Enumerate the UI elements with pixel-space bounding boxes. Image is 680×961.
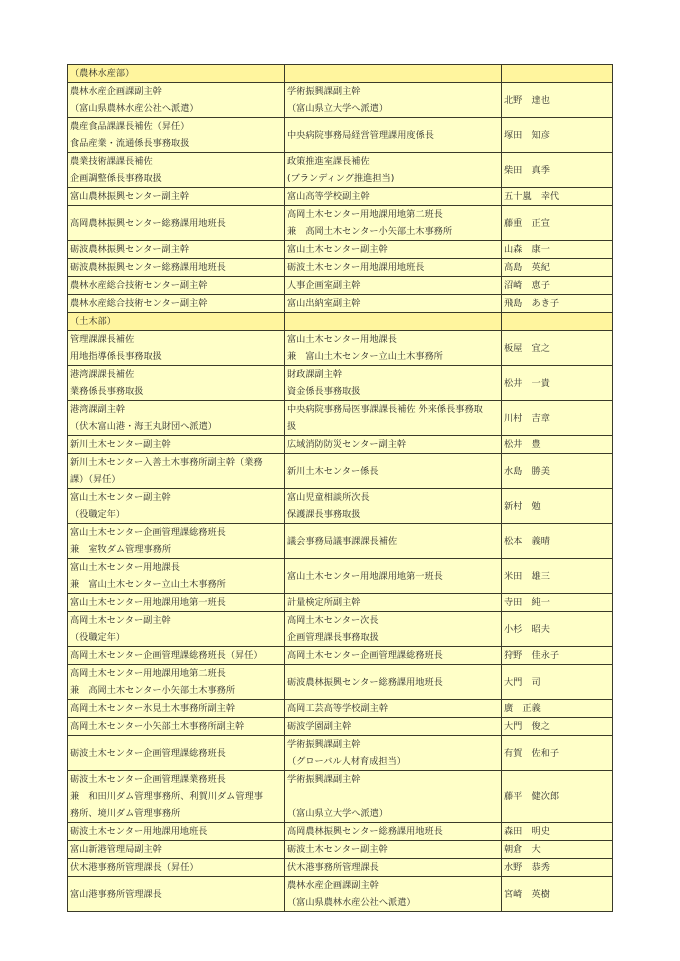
table-row: 高岡土木センター副主幹（役職定年）高岡土木センター次長企画管理課長事務取扱小杉 … [68,612,613,647]
new-position-cell-line: 高岡土木センター氷見土木事務所副主幹 [70,700,282,717]
new-position-cell-line: （伏木富山港・海王丸財団へ派遣） [70,418,282,435]
old-position-cell-line: 財政課副主幹 [287,366,499,383]
old-position-cell-line: 計量検定所副主幹 [287,594,499,611]
old-position-cell-line: （グローバル人材育成担当） [287,753,499,770]
table-row: 富山港事務所管理課長農林水産企画課副主幹（富山県農林水産公社へ派遣）宮崎 英樹 [68,877,613,912]
old-position-cell: 学術振興課副主幹 （富山県立大学へ派遣） [285,771,502,823]
table-row: 農林水産総合技術センター副主幹人事企画室副主幹沼崎 恵子 [68,277,613,295]
new-position-cell-line: 砺波農林振興センター総務課用地班長 [70,259,282,276]
table-row: 富山新港管理局副主幹砺波土木センター副主幹朝倉 大 [68,841,613,859]
old-position-cell-line: 伏木港事務所管理課長 [287,859,499,876]
new-position-cell: 高岡土木センター企画管理課総務班長（昇任） [68,647,285,665]
old-position-cell-line: 学術振興課副主幹 [287,771,499,788]
new-position-cell: 農林水産総合技術センター副主幹 [68,277,285,295]
person-name-cell: 水島 勝美 [502,454,613,489]
empty-cell [502,65,613,83]
new-position-cell-line: 農産食品課課長補佐（昇任） [70,118,282,135]
new-position-cell-line: 高岡土木センター企画管理課総務班長（昇任） [70,647,282,664]
old-position-cell: 高岡工芸高等学校副主幹 [285,700,502,718]
new-position-cell: 農林水産総合技術センター副主幹 [68,295,285,313]
person-name-cell: 松井 豊 [502,436,613,454]
old-position-cell-line: 政策推進室課長補佐 [287,153,499,170]
old-position-cell-line: 富山高等学校副主幹 [287,188,499,205]
new-position-cell-line: 兼 高岡土木センター小矢部土木事務所 [70,682,282,699]
new-position-cell-line: 高岡農林振興センター総務課用地班長 [70,215,282,232]
old-position-cell-line: 砺波学園副主幹 [287,718,499,735]
section-label: （土木部） [68,313,285,331]
old-position-cell-line: （富山県立大学へ派遣） [287,805,499,822]
old-position-cell-line: (ブランディング推進担当) [287,170,499,187]
old-position-cell: 学術振興課副主幹（グローバル人材育成担当） [285,736,502,771]
old-position-cell: 砺波学園副主幹 [285,718,502,736]
table-row: 砺波土木センター企画管理課業務班長兼 和田川ダム管理事務所、利賀川ダム管理事務所… [68,771,613,823]
old-position-cell: 中央病院事務局医事課課長補佐 外来係長事務取扱 [285,401,502,436]
old-position-cell-line: 富山土木センター用地課用地第一班長 [287,568,499,585]
old-position-cell: 砺波農林振興センター総務課用地班長 [285,665,502,700]
new-position-cell: 砺波農林振興センター副主幹 [68,241,285,259]
new-position-cell: 砺波土木センター用地課用地班長 [68,823,285,841]
person-name-cell: 新村 勉 [502,489,613,524]
old-position-cell-line: 高岡土木センター企画管理課総務班長 [287,647,499,664]
new-position-cell: 富山港事務所管理課長 [68,877,285,912]
section-label: （農林水産部） [68,65,285,83]
old-position-cell-line: 砺波土木センター副主幹 [287,841,499,858]
new-position-cell-line: 兼 富山土木センター立山土木事務所 [70,576,282,593]
old-position-cell-line: 砺波土木センター用地課用地班長 [287,259,499,276]
old-position-cell: 伏木港事務所管理課長 [285,859,502,877]
person-name-cell: 柴田 真季 [502,153,613,188]
person-name-cell: 朝倉 大 [502,841,613,859]
new-position-cell-line: 港湾課課長補佐 [70,366,282,383]
old-position-cell-line: （富山県農林水産公社へ派遣） [287,894,499,911]
table-row: 高岡農林振興センター総務課用地班長高岡土木センター用地課用地第二班長兼 高岡土木… [68,206,613,241]
new-position-cell-line: 務所、境川ダム管理事務所 [70,805,282,822]
personnel-table: （農林水産部）農林水産企画課副主幹（富山県農林水産公社へ派遣）学術振興課副主幹（… [67,64,613,912]
table-row: 砺波土木センター用地課用地班長高岡農林振興センター総務課用地班長森田 明史 [68,823,613,841]
old-position-cell-line: 高岡土木センター次長 [287,612,499,629]
new-position-cell-line: （役職定年） [70,506,282,523]
new-position-cell-line: 兼 室牧ダム管理事務所 [70,541,282,558]
new-position-cell-line: 新川土木センター入善土木事務所副主幹（業務 [70,454,282,471]
old-position-cell: 富山児童相談所次長保護課長事務取扱 [285,489,502,524]
old-position-cell-line: 資金係長事務取扱 [287,383,499,400]
old-position-cell: 計量検定所副主幹 [285,594,502,612]
new-position-cell-line: 農林水産企画課副主幹 [70,83,282,100]
new-position-cell: 農林水産企画課副主幹（富山県農林水産公社へ派遣） [68,83,285,118]
old-position-cell-line: 兼 高岡土木センター小矢部土木事務所 [287,223,499,240]
old-position-cell-line: 学術振興課副主幹 [287,736,499,753]
person-name-cell: 藤平 健次郎 [502,771,613,823]
old-position-cell-line: 富山出納室副主幹 [287,295,499,312]
person-name-cell: 藤重 正宣 [502,206,613,241]
table-row: 富山土木センター副主幹（役職定年）富山児童相談所次長保護課長事務取扱新村 勉 [68,489,613,524]
old-position-cell-line: 新川土木センター係長 [287,463,499,480]
new-position-cell-line: （役職定年） [70,629,282,646]
new-position-cell-line: 業務係長事務取扱 [70,383,282,400]
old-position-cell: 中央病院事務局経営管理課用度係長 [285,118,502,153]
new-position-cell-line: 課）（昇任） [70,471,282,488]
old-position-cell: 砺波土木センター副主幹 [285,841,502,859]
old-position-cell-line: 富山土木センター副主幹 [287,241,499,258]
old-position-cell: 高岡土木センター企画管理課総務班長 [285,647,502,665]
old-position-cell: 人事企画室副主幹 [285,277,502,295]
person-name-cell: 有賀 佐和子 [502,736,613,771]
new-position-cell: 伏木港事務所管理課長（昇任） [68,859,285,877]
new-position-cell: 新川土木センター入善土木事務所副主幹（業務課）（昇任） [68,454,285,489]
person-name-cell: 小杉 昭夫 [502,612,613,647]
empty-cell [502,313,613,331]
new-position-cell: 高岡農林振興センター総務課用地班長 [68,206,285,241]
table-row: 高岡土木センター企画管理課総務班長（昇任）高岡土木センター企画管理課総務班長狩野… [68,647,613,665]
new-position-cell: 高岡土木センター副主幹（役職定年） [68,612,285,647]
new-position-cell-line: 管理課課長補佐 [70,331,282,348]
new-position-cell: 富山農林振興センター副主幹 [68,188,285,206]
new-position-cell: 富山新港管理局副主幹 [68,841,285,859]
old-position-cell-line: 高岡土木センター用地課用地第二班長 [287,206,499,223]
table-row: 農林水産企画課副主幹（富山県農林水産公社へ派遣）学術振興課副主幹（富山県立大学へ… [68,83,613,118]
new-position-cell-line: 新川土木センター副主幹 [70,436,282,453]
new-position-cell: 高岡土木センター氷見土木事務所副主幹 [68,700,285,718]
table-row: 高岡土木センター用地課用地第二班長兼 高岡土木センター小矢部土木事務所砺波農林振… [68,665,613,700]
table-row: 伏木港事務所管理課長（昇任）伏木港事務所管理課長水野 恭秀 [68,859,613,877]
empty-cell [285,313,502,331]
new-position-cell-line: 用地指導係長事務取扱 [70,348,282,365]
table-row: 管理課課長補佐用地指導係長事務取扱富山土木センター用地課長兼 富山土木センター立… [68,331,613,366]
new-position-cell-line: 富山土木センター用地課長 [70,559,282,576]
new-position-cell: 農産食品課課長補佐（昇任）食品産業・流通係長事務取扱 [68,118,285,153]
table-row: 砺波農林振興センター副主幹富山土木センター副主幹山森 康一 [68,241,613,259]
section-header-row: （土木部） [68,313,613,331]
old-position-cell-line: 兼 富山土木センター立山土木事務所 [287,348,499,365]
old-position-cell: 砺波土木センター用地課用地班長 [285,259,502,277]
new-position-cell: 富山土木センター用地課長兼 富山土木センター立山土木事務所 [68,559,285,594]
old-position-cell-line: 学術振興課副主幹 [287,83,499,100]
table-row: 新川土木センター副主幹広域消防防災センター副主幹松井 豊 [68,436,613,454]
new-position-cell: 新川土木センター副主幹 [68,436,285,454]
new-position-cell-line: 高岡土木センター副主幹 [70,612,282,629]
old-position-cell-line: 富山児童相談所次長 [287,489,499,506]
person-name-cell: 塚田 知彦 [502,118,613,153]
new-position-cell: 管理課課長補佐用地指導係長事務取扱 [68,331,285,366]
person-name-cell: 寺田 純一 [502,594,613,612]
new-position-cell-line: 富山土木センター用地課用地第一班長 [70,594,282,611]
table-row: 砺波土木センター企画管理課総務班長学術振興課副主幹（グローバル人材育成担当）有賀… [68,736,613,771]
old-position-cell: 学術振興課副主幹（富山県立大学へ派遣） [285,83,502,118]
new-position-cell: 農業技術課課長補佐企画調整係長事務取扱 [68,153,285,188]
new-position-cell: 富山土木センター企画管理課総務班長兼 室牧ダム管理事務所 [68,524,285,559]
person-name-cell: 大門 俊之 [502,718,613,736]
old-position-cell: 政策推進室課長補佐(ブランディング推進担当) [285,153,502,188]
section-header-row: （農林水産部） [68,65,613,83]
old-position-cell-line: 広域消防防災センター副主幹 [287,436,499,453]
old-position-cell-line: 農林水産企画課副主幹 [287,877,499,894]
person-name-cell: 五十嵐 幸代 [502,188,613,206]
person-name-cell: 宮崎 英樹 [502,877,613,912]
person-name-cell: 狩野 佳永子 [502,647,613,665]
old-position-cell: 富山出納室副主幹 [285,295,502,313]
old-position-cell-line: 人事企画室副主幹 [287,277,499,294]
old-position-cell: 高岡土木センター用地課用地第二班長兼 高岡土木センター小矢部土木事務所 [285,206,502,241]
old-position-cell: 新川土木センター係長 [285,454,502,489]
new-position-cell-line: （富山県農林水産公社へ派遣） [70,100,282,117]
new-position-cell-line: 富山土木センター副主幹 [70,489,282,506]
old-position-cell: 財政課副主幹資金係長事務取扱 [285,366,502,401]
old-position-cell-line: 議会事務局議事課課長補佐 [287,533,499,550]
table-row: 農林水産総合技術センター副主幹富山出納室副主幹飛島 あき子 [68,295,613,313]
person-name-cell: 松本 義晴 [502,524,613,559]
new-position-cell: 港湾課課長補佐業務係長事務取扱 [68,366,285,401]
old-position-cell-line: 扱 [287,418,499,435]
new-position-cell: 砺波土木センター企画管理課総務班長 [68,736,285,771]
table-row: 高岡土木センター氷見土木事務所副主幹高岡工芸高等学校副主幹廣 正義 [68,700,613,718]
new-position-cell-line: 食品産業・流通係長事務取扱 [70,135,282,152]
new-position-cell: 富山土木センター用地課用地第一班長 [68,594,285,612]
new-position-cell: 高岡土木センター小矢部土木事務所副主幹 [68,718,285,736]
new-position-cell-line: 伏木港事務所管理課長（昇任） [70,859,282,876]
new-position-cell-line: 砺波農林振興センター副主幹 [70,241,282,258]
person-name-cell: 水野 恭秀 [502,859,613,877]
new-position-cell-line: 企画調整係長事務取扱 [70,170,282,187]
new-position-cell-line: 富山新港管理局副主幹 [70,841,282,858]
new-position-cell-line: 兼 和田川ダム管理事務所、利賀川ダム管理事 [70,788,282,805]
table-row: 富山土木センター用地課長兼 富山土木センター立山土木事務所富山土木センター用地課… [68,559,613,594]
new-position-cell-line: 砺波土木センター用地課用地班長 [70,823,282,840]
person-name-cell: 山森 康一 [502,241,613,259]
table-row: 新川土木センター入善土木事務所副主幹（業務課）（昇任）新川土木センター係長水島 … [68,454,613,489]
new-position-cell: 高岡土木センター用地課用地第二班長兼 高岡土木センター小矢部土木事務所 [68,665,285,700]
table-row: 農産食品課課長補佐（昇任）食品産業・流通係長事務取扱中央病院事務局経営管理課用度… [68,118,613,153]
person-name-cell: 板屋 宜之 [502,331,613,366]
table-row: 富山土木センター用地課用地第一班長計量検定所副主幹寺田 純一 [68,594,613,612]
person-name-cell: 大門 司 [502,665,613,700]
new-position-cell: 港湾課副主幹（伏木富山港・海王丸財団へ派遣） [68,401,285,436]
person-name-cell: 北野 達也 [502,83,613,118]
old-position-cell: 農林水産企画課副主幹（富山県農林水産公社へ派遣） [285,877,502,912]
person-name-cell: 米田 雄三 [502,559,613,594]
old-position-cell: 議会事務局議事課課長補佐 [285,524,502,559]
new-position-cell-line: 農林水産総合技術センター副主幹 [70,295,282,312]
new-position-cell-line: 高岡土木センター用地課用地第二班長 [70,665,282,682]
table-row: 富山農林振興センター副主幹富山高等学校副主幹五十嵐 幸代 [68,188,613,206]
table-row: 砺波農林振興センター総務課用地班長砺波土木センター用地課用地班長高島 英紀 [68,259,613,277]
old-position-cell-line: 富山土木センター用地課長 [287,331,499,348]
table-row: 港湾課課長補佐業務係長事務取扱財政課副主幹資金係長事務取扱松井 一貴 [68,366,613,401]
old-position-cell: 富山土木センター用地課用地第一班長 [285,559,502,594]
old-position-cell: 富山土木センター副主幹 [285,241,502,259]
person-name-cell: 高島 英紀 [502,259,613,277]
old-position-cell: 富山高等学校副主幹 [285,188,502,206]
old-position-cell-line: 高岡農林振興センター総務課用地班長 [287,823,499,840]
old-position-cell: 高岡土木センター次長企画管理課長事務取扱 [285,612,502,647]
person-name-cell: 廣 正義 [502,700,613,718]
new-position-cell-line: 富山港事務所管理課長 [70,886,282,903]
table-row: 港湾課副主幹（伏木富山港・海王丸財団へ派遣）中央病院事務局医事課課長補佐 外来係… [68,401,613,436]
old-position-cell-line [287,788,499,805]
new-position-cell-line: 港湾課副主幹 [70,401,282,418]
table-row: 富山土木センター企画管理課総務班長兼 室牧ダム管理事務所議会事務局議事課課長補佐… [68,524,613,559]
old-position-cell: 富山土木センター用地課長兼 富山土木センター立山土木事務所 [285,331,502,366]
new-position-cell-line: 砺波土木センター企画管理課総務班長 [70,745,282,762]
old-position-cell-line: 砺波農林振興センター総務課用地班長 [287,674,499,691]
old-position-cell-line: 保護課長事務取扱 [287,506,499,523]
table-row: 農業技術課課長補佐企画調整係長事務取扱政策推進室課長補佐(ブランディング推進担当… [68,153,613,188]
person-name-cell: 松井 一貴 [502,366,613,401]
new-position-cell: 砺波農林振興センター総務課用地班長 [68,259,285,277]
old-position-cell-line: （富山県立大学へ派遣） [287,100,499,117]
old-position-cell-line: 中央病院事務局経営管理課用度係長 [287,127,499,144]
old-position-cell-line: 高岡工芸高等学校副主幹 [287,700,499,717]
person-name-cell: 川村 吉章 [502,401,613,436]
new-position-cell-line: 農林水産総合技術センター副主幹 [70,277,282,294]
empty-cell [285,65,502,83]
personnel-table-body: （農林水産部）農林水産企画課副主幹（富山県農林水産公社へ派遣）学術振興課副主幹（… [68,65,613,912]
new-position-cell-line: 高岡土木センター小矢部土木事務所副主幹 [70,718,282,735]
new-position-cell-line: 富山農林振興センター副主幹 [70,188,282,205]
old-position-cell: 広域消防防災センター副主幹 [285,436,502,454]
person-name-cell: 沼崎 恵子 [502,277,613,295]
new-position-cell-line: 富山土木センター企画管理課総務班長 [70,524,282,541]
person-name-cell: 飛島 あき子 [502,295,613,313]
person-name-cell: 森田 明史 [502,823,613,841]
old-position-cell: 高岡農林振興センター総務課用地班長 [285,823,502,841]
table-row: 高岡土木センター小矢部土木事務所副主幹砺波学園副主幹大門 俊之 [68,718,613,736]
old-position-cell-line: 企画管理課長事務取扱 [287,629,499,646]
new-position-cell-line: 砺波土木センター企画管理課業務班長 [70,771,282,788]
old-position-cell-line: 中央病院事務局医事課課長補佐 外来係長事務取 [287,401,499,418]
new-position-cell: 砺波土木センター企画管理課業務班長兼 和田川ダム管理事務所、利賀川ダム管理事務所… [68,771,285,823]
personnel-transfer-document: （農林水産部）農林水産企画課副主幹（富山県農林水産公社へ派遣）学術振興課副主幹（… [67,64,612,912]
new-position-cell: 富山土木センター副主幹（役職定年） [68,489,285,524]
new-position-cell-line: 農業技術課課長補佐 [70,153,282,170]
